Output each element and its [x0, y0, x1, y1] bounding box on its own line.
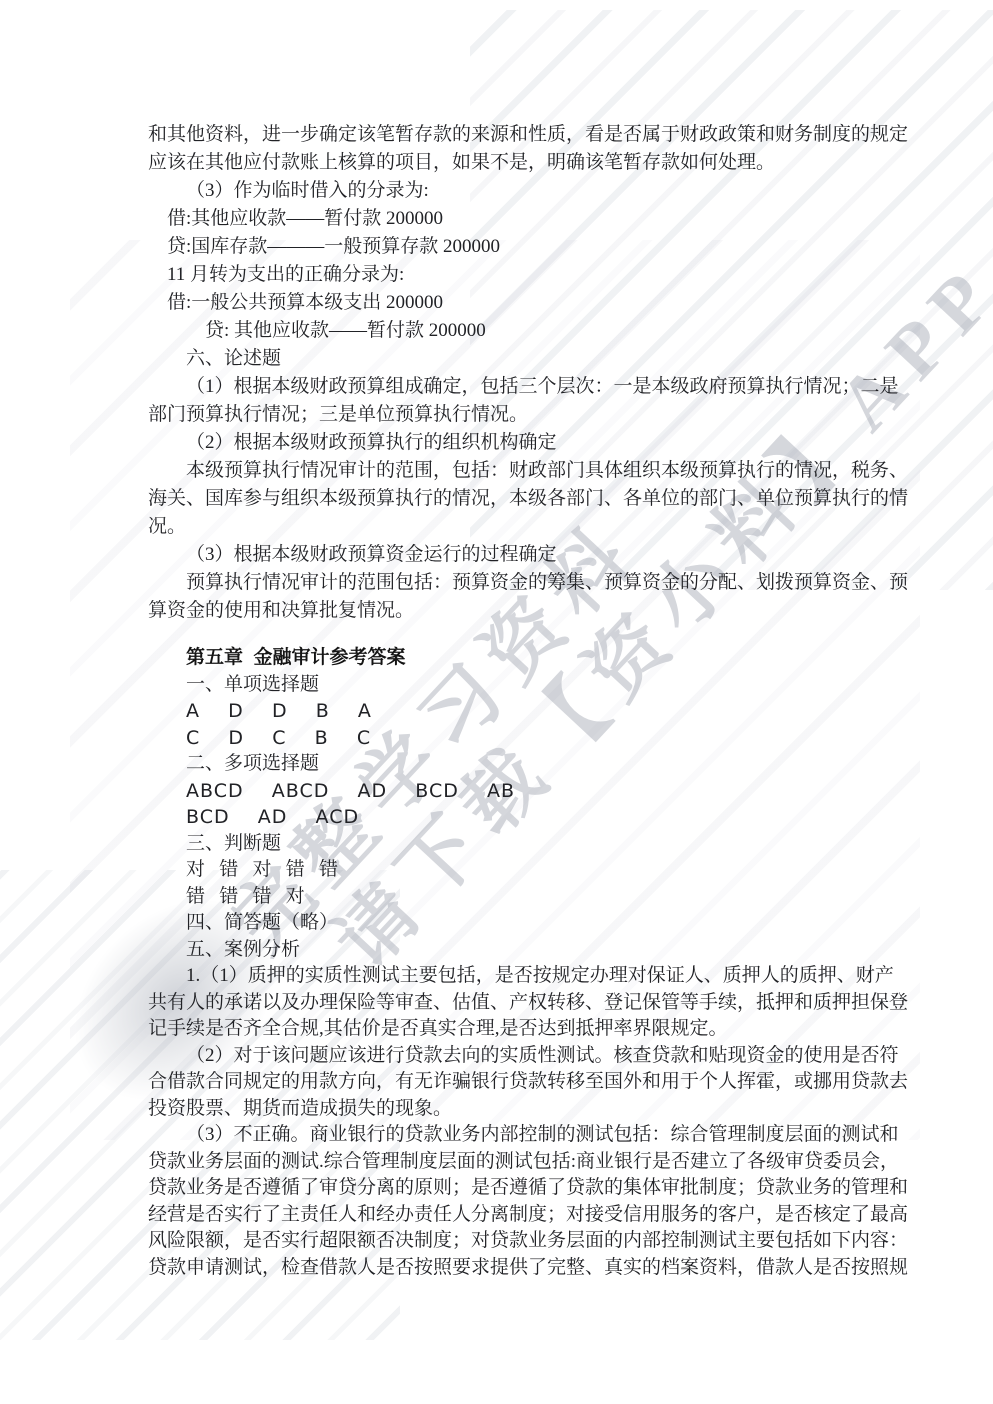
text-line: （3）根据本级财政预算资金运行的过程确定	[148, 541, 858, 569]
text-line: 贷: 其他应收款——暂付款 200000	[148, 317, 858, 345]
text-line: BCD AD ACD	[148, 804, 858, 831]
text-line: （3）作为临时借入的分录为:	[148, 177, 858, 205]
text-line: 海关、国库参与组织本级预算执行的情况，本级各部门、各单位的部门、单位预算执行的情	[148, 485, 858, 513]
text-line: 算资金的使用和决算批复情况。	[148, 597, 858, 625]
text-line: 部门预算执行情况；三是单位预算执行情况。	[148, 401, 858, 429]
text-line: C D C B C	[148, 725, 858, 752]
text-line: 预算执行情况审计的范围包括：预算资金的筹集、预算资金的分配、划拨预算资金、预	[148, 569, 858, 597]
text-line: 错 错 错 对	[148, 884, 858, 911]
text-line: 11 月转为支出的正确分录为:	[148, 261, 858, 289]
text-line: 六、论述题	[148, 345, 858, 373]
text-line: 本级预算执行情况审计的范围，包括：财政部门具体组织本级预算执行的情况，税务、	[148, 457, 858, 485]
document-page: 完整学习资料 请下载【资小料】APP 和其他资料，进一步确定该笔暂存款的来源和性…	[0, 0, 993, 1404]
text-line: 对 错 对 错 错	[148, 857, 858, 884]
chapter-heading: 第五章 金融审计参考答案	[148, 645, 858, 672]
text-line: 二、多项选择题	[148, 751, 858, 778]
text-line: ABCD ABCD AD BCD AB	[148, 778, 858, 805]
document-content: 和其他资料，进一步确定该笔暂存款的来源和性质，看是否属于财政政策和财务制度的规定…	[148, 121, 858, 1281]
text-line: 贷款申请测试，检查借款人是否按照要求提供了完整、真实的档案资料，借款人是否按照规	[148, 1255, 858, 1282]
text-line: 贷:国库存款———一般预算存款 200000	[148, 233, 858, 261]
text-line: 1.（1）质押的实质性测试主要包括，是否按规定办理对保证人、质押人的质押、财产	[148, 963, 858, 990]
text-line: 风险限额，是否实行超限额否决制度；对贷款业务层面的内部控制测试主要包括如下内容：	[148, 1228, 858, 1255]
text-line: （2）根据本级财政预算执行的组织机构确定	[148, 429, 858, 457]
text-line: （1）根据本级财政预算组成确定，包括三个层次：一是本级政府预算执行情况；二是	[148, 373, 858, 401]
text-line: 应该在其他应付款账上核算的项目，如果不是，明确该笔暂存款如何处理。	[148, 149, 858, 177]
text-line: 投资股票、期货而造成损失的现象。	[148, 1096, 858, 1123]
text-line: 共有人的承诺以及办理保险等审查、估值、产权转移、登记保管等手续，抵押和质押担保登	[148, 990, 858, 1017]
text-line: 贷款业务层面的测试.综合管理制度层面的测试包括:商业银行是否建立了各级审贷委员会…	[148, 1149, 858, 1176]
text-line: （3）不正确。商业银行的贷款业务内部控制的测试包括：综合管理制度层面的测试和	[148, 1122, 858, 1149]
text-line: 四、简答题（略）	[148, 910, 858, 937]
text-line: 五、案例分析	[148, 937, 858, 964]
text-line: 况。	[148, 513, 858, 541]
text-line: 贷款业务是否遵循了审贷分离的原则；是否遵循了贷款的集体审批制度；贷款业务的管理和	[148, 1175, 858, 1202]
text-line: 记手续是否齐全合规,其估价是否真实合理,是否达到抵押率界限规定。	[148, 1016, 858, 1043]
text-line: 和其他资料，进一步确定该笔暂存款的来源和性质，看是否属于财政政策和财务制度的规定	[148, 121, 858, 149]
text-line: 经营是否实行了主责任人和经办责任人分离制度；对接受信用服务的客户，是否核定了最高	[148, 1202, 858, 1229]
text-line: 合借款合同规定的用款方向，有无诈骗银行贷款转移至国外和用于个人挥霍，或挪用贷款去	[148, 1069, 858, 1096]
text-line: （2）对于该问题应该进行贷款去向的实质性测试。核查贷款和贴现资金的使用是否符	[148, 1043, 858, 1070]
text-line: 借:一般公共预算本级支出 200000	[148, 289, 858, 317]
text-line: A D D B A	[148, 698, 858, 725]
text-line: 三、判断题	[148, 831, 858, 858]
text-line: 借:其他应收款——暂付款 200000	[148, 205, 858, 233]
text-line: 一、单项选择题	[148, 672, 858, 699]
